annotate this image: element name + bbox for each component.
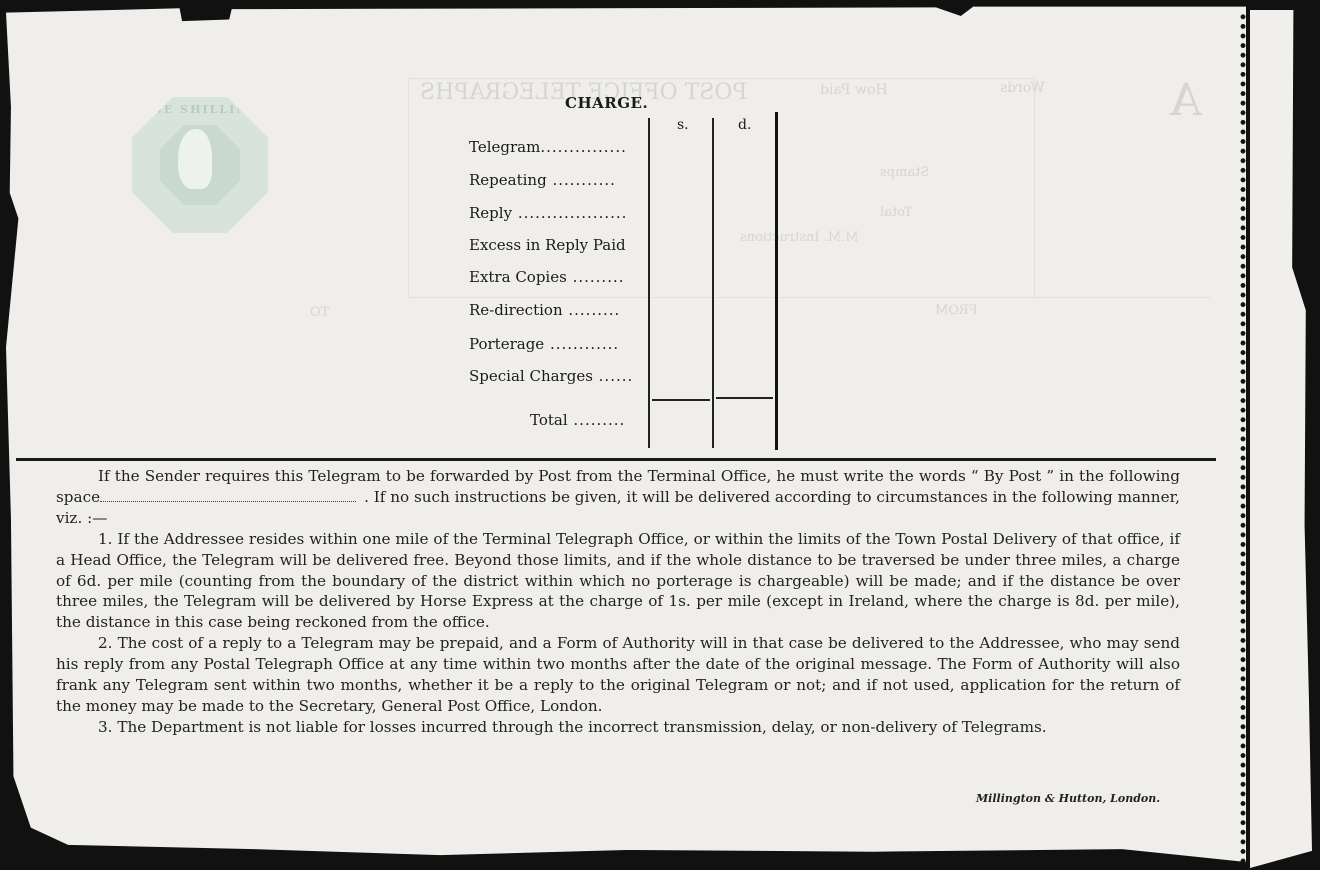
notice-item-1: 1. If the Addressee resides within one m… [56, 529, 1180, 634]
column-header-pence: d. [738, 117, 751, 133]
delivery-notice: If the Sender requires this Telegram to … [56, 466, 1180, 738]
charge-row-re-direction: Re-direction ......... [469, 301, 647, 319]
counterfoil-stub [1250, 10, 1312, 868]
column-rule-middle [712, 118, 714, 448]
notice-intro: If the Sender requires this Telegram to … [56, 466, 1180, 529]
ghost-how-paid: How Paid [820, 82, 888, 98]
queen-head-icon [178, 129, 212, 189]
charge-title: CHARGE. [565, 94, 648, 112]
column-rule-right [775, 112, 778, 450]
charge-row-total: Total ......... [530, 411, 648, 429]
charge-row-repeating: Repeating ........... [469, 171, 647, 189]
total-rule-shillings [652, 399, 710, 401]
charge-row-telegram: Telegram............... [469, 138, 647, 156]
charge-row-excess-reply-paid: Excess in Reply Paid [469, 236, 647, 254]
printer-imprint: Millington & Hutton, London. [976, 792, 1160, 805]
charge-row-reply: Reply ................... [469, 204, 647, 222]
ghost-words: Words [1000, 80, 1045, 96]
charge-table: CHARGE. s. d. Telegram............... Re… [400, 90, 800, 460]
total-rule-pence [716, 397, 773, 399]
charge-row-extra-copies: Extra Copies ......... [469, 268, 647, 286]
section-divider [16, 458, 1216, 461]
ghost-to: TO [310, 305, 329, 320]
by-post-blank-field[interactable] [100, 489, 356, 502]
charge-row-porterage: Porterage ............ [469, 335, 647, 353]
column-header-shillings: s. [677, 117, 689, 133]
ghost-total: Total [880, 205, 913, 220]
ghost-stamps: Stamps [880, 165, 929, 180]
charge-row-special-charges: Special Charges ...... [469, 367, 647, 385]
ghost-from: FROM [935, 303, 978, 318]
ghost-letter-a: A [1170, 75, 1202, 126]
notice-item-2: 2. The cost of a reply to a Telegram may… [56, 633, 1180, 717]
column-rule-left [648, 118, 650, 448]
notice-item-3: 3. The Department is not liable for loss… [56, 717, 1180, 738]
perforation-line [1238, 12, 1248, 862]
